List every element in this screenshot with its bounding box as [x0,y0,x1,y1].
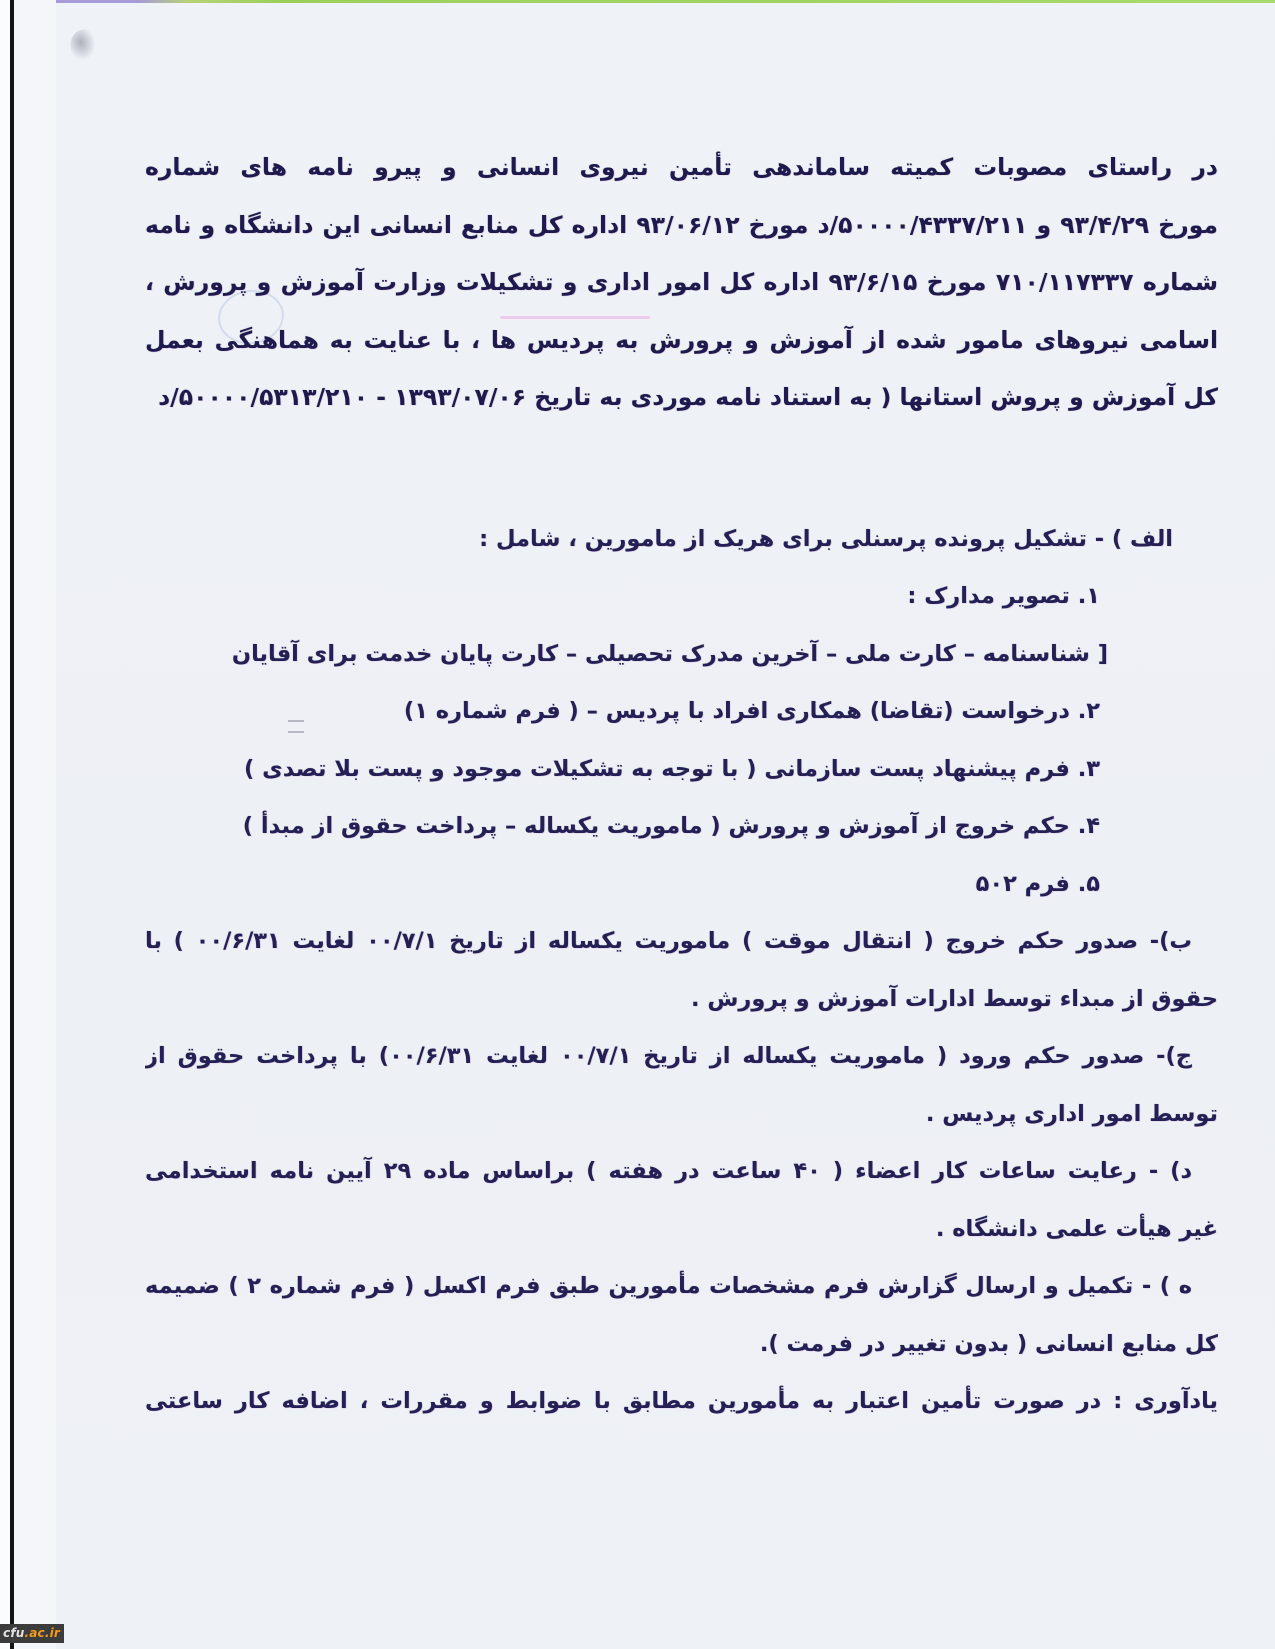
alef-documents-list-line: [ شناسنامه – کارت ملی – آخرین مدرک تحصیل… [145,626,1218,684]
reminder-line: یادآوری : در صورت تأمین اعتبار به مأموری… [145,1373,1218,1431]
section-d-line-2: غیر هیأت علمی دانشگاه . [145,1201,1218,1259]
scan-smudge [66,27,100,64]
intro-line-1: در راستای مصوبات کمیته ساماندهی تأمین نی… [145,139,1218,197]
scanned-letter-page: در راستای مصوبات کمیته ساماندهی تأمین نی… [0,0,1275,1649]
alef-item-3: ۳. فرم پیشنهاد پست سازمانی ( با توجه به … [145,741,1218,799]
scan-margin-band [14,0,56,1649]
site-watermark: cfu.ac.ir [0,1624,64,1643]
section-h-line-2: کل منابع انسانی ( بدون تغییر در فرمت ). [145,1316,1218,1374]
section-d-line-1: د) - رعایت ساعات کار اعضاء ( ۴۰ ساعت در … [145,1143,1218,1201]
alef-item-4: ۴. حکم خروج از آموزش و پرورش ( ماموریت ی… [145,798,1218,856]
watermark-domain: .ac.ir [24,1626,60,1640]
intro-line-2: مورخ ۹۳/۴/۲۹ و ۵۰۰۰۰/۴۳۳۷/۲۱۱/د مورخ ۹۳/… [145,197,1218,255]
watermark-site-name: cfu [3,1626,24,1640]
alef-item-2: ۲. درخواست (تقاضا) همکاری افراد با پردیس… [145,683,1218,741]
scan-left-white-strip [0,0,10,1649]
section-alef-header: الف ) - تشکیل پرونده پرسنلی برای هریک از… [145,511,1218,569]
intro-line-4: اسامی نیروهای مامور شده از آموزش و پرورش… [145,312,1218,370]
section-j-line-2: توسط امور اداری پردیس . [145,1086,1218,1144]
section-b-line-2: حقوق از مبداء توسط ادارات آموزش و پرورش … [145,971,1218,1029]
section-j-line-1: ج)- صدور حکم ورود ( ماموریت یکساله از تا… [145,1028,1218,1086]
alef-item-1: ۱. تصویر مدارک : [145,568,1218,626]
scan-top-edge-artifact [26,0,1275,3]
alef-item-5: ۵. فرم ۵۰۲ [145,856,1218,914]
section-h-line-1: ه ) - تکمیل و ارسال گزارش فرم مشخصات مأم… [145,1258,1218,1316]
intro-line-5: کل آموزش و پروش استانها ( به استناد نامه… [145,369,1218,427]
intro-line-3: شماره ۷۱۰/۱۱۷۳۳۷ مورخ ۹۳/۶/۱۵ اداره کل ا… [145,254,1218,312]
section-b-line-1: ب)- صدور حکم خروج ( انتقال موقت ) ماموری… [145,913,1218,971]
letter-body: در راستای مصوبات کمیته ساماندهی تأمین نی… [145,139,1218,1431]
